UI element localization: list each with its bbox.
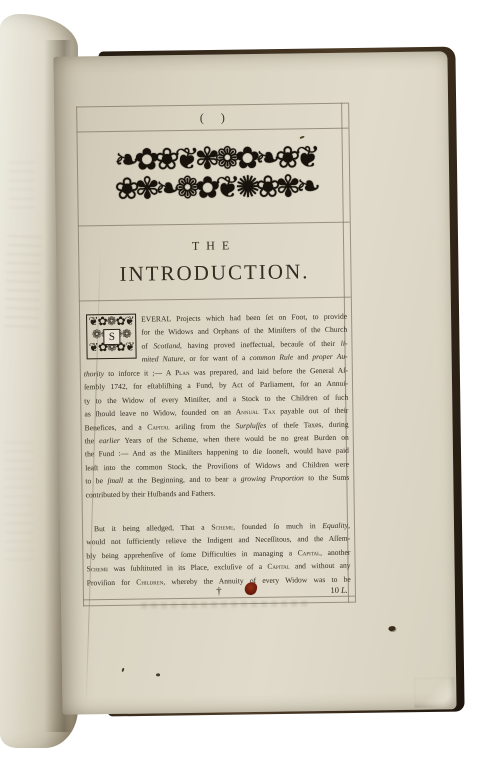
frame-rule-below-title: [79, 297, 351, 302]
pattern-row: ❀✾❧❁✿❦✺❀✾❧: [105, 172, 325, 204]
dark-spot: [388, 626, 395, 631]
page-corner-curl: [414, 677, 454, 708]
paragraph-1: EVERAL Projects which had been ſet on Fo…: [83, 310, 350, 502]
frame-rule-below-ornament: [78, 222, 350, 227]
text-line: contributed by their Huſbands and Father…: [85, 484, 349, 501]
book-photograph: ( ) ❧✿❀❦✾❁✿❧❀❦❀✾❧❁✿❦✺❀✾❧ THE INTRODUCTIO…: [0, 0, 500, 784]
page-title-introduction: INTRODUCTION.: [78, 259, 350, 288]
ink-speck: [299, 135, 304, 139]
showthrough-text-smudge: [9, 162, 35, 214]
paren-open: (: [200, 110, 204, 125]
paren-close: ): [221, 110, 225, 125]
recto-page: ( ) ❧✿❀❦✾❁✿❧❀❦❀✾❧❁✿❦✺❀✾❧ THE INTRODUCTIO…: [53, 51, 456, 714]
showthrough-smudge: [141, 600, 311, 608]
footer-row: † 10 L.: [87, 584, 351, 602]
showthrough-text-smudge: [4, 442, 34, 562]
page-number-parentheses: ( ): [76, 106, 348, 130]
catchword: 10 L.: [330, 585, 348, 595]
title-the: THE: [78, 237, 350, 256]
showthrough-text-smudge: [4, 235, 41, 332]
ink-speck: [156, 673, 160, 676]
ink-speck: [121, 668, 124, 672]
woodcut-headpiece-ornament: ❧✿❀❦✾❁✿❧❀❦❀✾❧❁✿❦✺❀✾❧: [105, 143, 326, 212]
paragraph-2: But it being alledged, That a Scheme, fo…: [86, 519, 351, 590]
signature-mark: †: [87, 584, 351, 600]
